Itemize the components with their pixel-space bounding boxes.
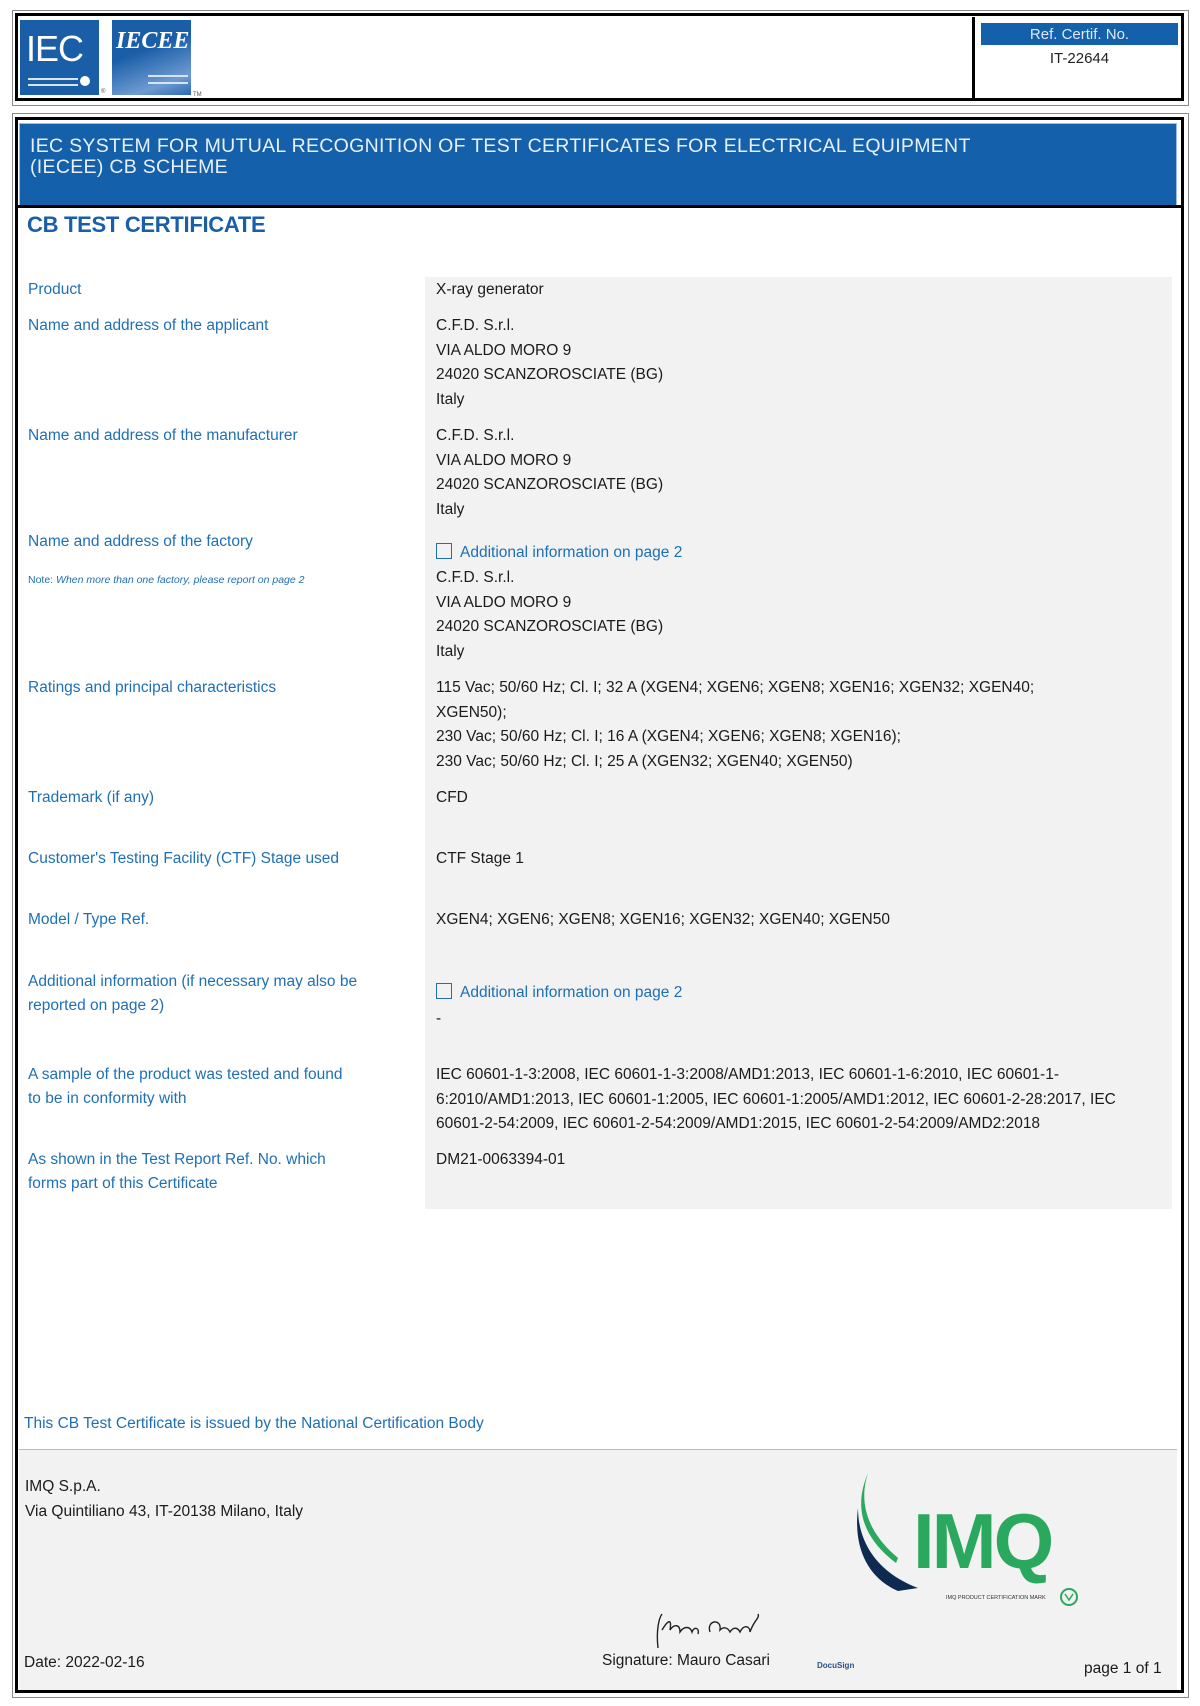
iec-logo: IEC	[20, 20, 99, 95]
applicant-label: Name and address of the applicant	[28, 314, 268, 338]
scheme-title: IEC SYSTEM FOR MUTUAL RECOGNITION OF TES…	[30, 136, 971, 178]
trademark-value: CFD	[436, 786, 1161, 811]
banner-divider	[15, 205, 1184, 208]
checkbox-icon[interactable]	[436, 983, 452, 999]
certificate-date: Date: 2022-02-16	[24, 1654, 145, 1672]
conformity-standards: IEC 60601-1-3:2008, IEC 60601-1-3:2008/A…	[436, 1063, 1161, 1137]
svg-text:IMQ PRODUCT CERTIFICATION MARK: IMQ PRODUCT CERTIFICATION MARK	[946, 1595, 1046, 1601]
certification-body-name: IMQ S.p.A.	[25, 1475, 303, 1500]
factory-note: Note: When more than one factory, please…	[28, 574, 305, 586]
manufacturer-label: Name and address of the manufacturer	[28, 424, 298, 448]
svg-text:IMQ: IMQ	[913, 1497, 1052, 1585]
certificate-title: CB TEST CERTIFICATE	[27, 212, 265, 238]
signature-image	[650, 1610, 790, 1657]
manufacturer-address: C.F.D. S.r.l.VIA ALDO MORO 924020 SCANZO…	[436, 424, 1161, 522]
certification-body-address: Via Quintiliano 43, IT-20138 Milano, Ita…	[25, 1500, 303, 1525]
test-report-label: As shown in the Test Report Ref. No. whi…	[28, 1148, 326, 1196]
checkbox-icon[interactable]	[436, 543, 452, 559]
ratings-label: Ratings and principal characteristics	[28, 676, 276, 700]
iecee-logo-text: IECEE	[116, 28, 189, 55]
model-label: Model / Type Ref.	[28, 908, 149, 932]
iec-logo-text: IEC	[26, 28, 83, 70]
ctf-value: CTF Stage 1	[436, 847, 1161, 872]
certification-body: IMQ S.p.A. Via Quintiliano 43, IT-20138 …	[25, 1475, 303, 1524]
factory-label: Name and address of the factory	[28, 530, 253, 554]
ctf-label: Customer's Testing Facility (CTF) Stage …	[28, 847, 339, 871]
ref-certificate-number: IT-22644	[981, 50, 1178, 67]
applicant-address: C.F.D. S.r.l.VIA ALDO MORO 924020 SCANZO…	[436, 314, 1161, 412]
ratings-value: 115 Vac; 50/60 Hz; Cl. I; 32 A (XGEN4; X…	[436, 676, 1161, 774]
additional-info-label: Additional information (if necessary may…	[28, 970, 357, 1018]
issued-by-statement: This CB Test Certificate is issued by th…	[24, 1415, 484, 1433]
product-label: Product	[28, 278, 81, 302]
additional-info-value: -	[436, 1007, 1161, 1032]
product-value: X-ray generator	[436, 278, 1161, 303]
model-value: XGEN4; XGEN6; XGEN8; XGEN16; XGEN32; XGE…	[436, 908, 1161, 933]
test-report-number: DM21-0063394-01	[436, 1148, 1161, 1173]
docusign-mark: DocuSign	[817, 1661, 854, 1670]
trademark-label: Trademark (if any)	[28, 786, 154, 810]
trademark-mark: TM	[193, 92, 202, 98]
factory-address: C.F.D. S.r.l.VIA ALDO MORO 924020 SCANZO…	[436, 566, 1161, 664]
factory-additional-info-checkbox[interactable]: Additional information on page 2	[436, 541, 1161, 566]
imq-logo: IMQ IMQ PRODUCT CERTIFICATION MARK	[838, 1463, 1098, 1613]
registered-mark: ®	[101, 89, 105, 95]
page-number: page 1 of 1	[1084, 1660, 1162, 1678]
ref-certificate-box: Ref. Certif. No. IT-22644	[972, 17, 1184, 99]
conformity-label: A sample of the product was tested and f…	[28, 1063, 343, 1111]
scheme-banner: IEC SYSTEM FOR MUTUAL RECOGNITION OF TES…	[19, 123, 1177, 206]
iecee-logo: IECEE	[112, 20, 191, 95]
signature-label: Signature: Mauro Casari	[602, 1652, 770, 1670]
ref-certificate-label: Ref. Certif. No.	[981, 23, 1178, 45]
additional-info-checkbox[interactable]: Additional information on page 2	[436, 981, 1161, 1006]
